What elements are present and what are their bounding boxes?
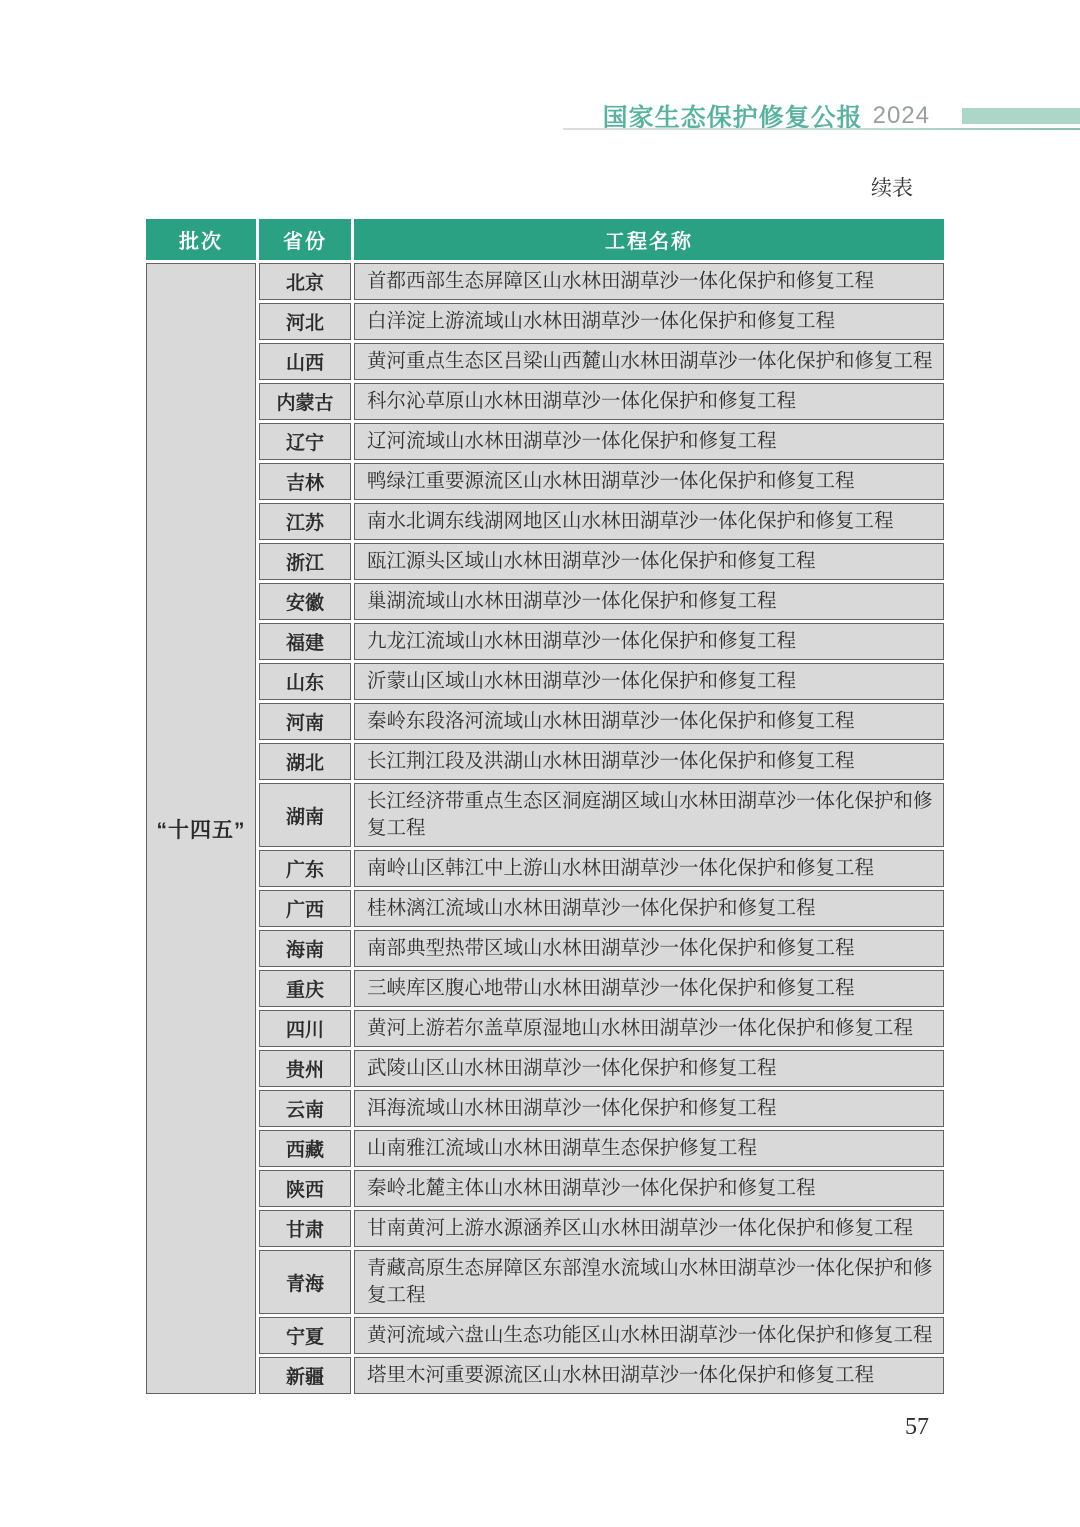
province-cell: 云南: [259, 1090, 351, 1127]
province-cell: 山西: [259, 343, 351, 380]
table-row: 重庆 三峡库区腹心地带山水林田湖草沙一体化保护和修复工程: [146, 970, 944, 1007]
table-row: 福建 九龙江流域山水林田湖草沙一体化保护和修复工程: [146, 623, 944, 660]
header-accent-bar: [962, 108, 1080, 124]
table-body: “十四五”北京 首都西部生态屏障区山水林田湖草沙一体化保护和修复工程 河北 白洋…: [146, 263, 944, 1394]
project-cell: 黄河重点生态区吕梁山西麓山水林田湖草沙一体化保护和修复工程: [354, 343, 944, 380]
table-row: 云南 洱海流域山水林田湖草沙一体化保护和修复工程: [146, 1090, 944, 1127]
province-cell: 广东: [259, 850, 351, 887]
province-cell: 广西: [259, 890, 351, 927]
project-cell: 秦岭东段洛河流域山水林田湖草沙一体化保护和修复工程: [354, 703, 944, 740]
page-header: 国家生态保护修复公报 2024: [0, 98, 1080, 132]
province-cell: 甘肃: [259, 1210, 351, 1247]
page-number: 57: [905, 1414, 929, 1441]
table-row: 四川 黄河上游若尔盖草原湿地山水林田湖草沙一体化保护和修复工程: [146, 1010, 944, 1047]
table-row: 贵州 武陵山区山水林田湖草沙一体化保护和修复工程: [146, 1050, 944, 1087]
province-cell: 河南: [259, 703, 351, 740]
table-row: 西藏 山南雅江流域山水林田湖草生态保护修复工程: [146, 1130, 944, 1167]
province-cell: 四川: [259, 1010, 351, 1047]
project-cell: 瓯江源头区域山水林田湖草沙一体化保护和修复工程: [354, 543, 944, 580]
province-cell: 青海: [259, 1250, 351, 1314]
table-row: 辽宁 辽河流域山水林田湖草沙一体化保护和修复工程: [146, 423, 944, 460]
province-cell: 安徽: [259, 583, 351, 620]
column-header-batch: 批次: [146, 219, 256, 260]
column-header-province: 省份: [259, 219, 351, 260]
table-row: “十四五”北京 首都西部生态屏障区山水林田湖草沙一体化保护和修复工程: [146, 263, 944, 300]
project-cell: 九龙江流域山水林田湖草沙一体化保护和修复工程: [354, 623, 944, 660]
project-cell: 长江荆江段及洪湖山水林田湖草沙一体化保护和修复工程: [354, 743, 944, 780]
province-cell: 山东: [259, 663, 351, 700]
table-row: 安徽 巢湖流域山水林田湖草沙一体化保护和修复工程: [146, 583, 944, 620]
project-cell: 三峡库区腹心地带山水林田湖草沙一体化保护和修复工程: [354, 970, 944, 1007]
province-cell: 陕西: [259, 1170, 351, 1207]
province-cell: 吉林: [259, 463, 351, 500]
project-cell: 山南雅江流域山水林田湖草生态保护修复工程: [354, 1130, 944, 1167]
province-cell: 河北: [259, 303, 351, 340]
province-cell: 宁夏: [259, 1317, 351, 1354]
project-cell: 桂林漓江流域山水林田湖草沙一体化保护和修复工程: [354, 890, 944, 927]
table-row: 湖北 长江荆江段及洪湖山水林田湖草沙一体化保护和修复工程: [146, 743, 944, 780]
column-header-project: 工程名称: [354, 219, 944, 260]
table-row: 内蒙古 科尔沁草原山水林田湖草沙一体化保护和修复工程: [146, 383, 944, 420]
project-cell: 塔里木河重要源流区山水林田湖草沙一体化保护和修复工程: [354, 1357, 944, 1394]
table-row: 河南 秦岭东段洛河流域山水林田湖草沙一体化保护和修复工程: [146, 703, 944, 740]
province-cell: 海南: [259, 930, 351, 967]
province-cell: 北京: [259, 263, 351, 300]
project-cell: 鸭绿江重要源流区山水林田湖草沙一体化保护和修复工程: [354, 463, 944, 500]
table-row: 山东 沂蒙山区域山水林田湖草沙一体化保护和修复工程: [146, 663, 944, 700]
province-cell: 贵州: [259, 1050, 351, 1087]
province-cell: 浙江: [259, 543, 351, 580]
project-cell: 科尔沁草原山水林田湖草沙一体化保护和修复工程: [354, 383, 944, 420]
project-cell: 甘南黄河上游水源涵养区山水林田湖草沙一体化保护和修复工程: [354, 1210, 944, 1247]
table-row: 宁夏 黄河流域六盘山生态功能区山水林田湖草沙一体化保护和修复工程: [146, 1317, 944, 1354]
province-cell: 辽宁: [259, 423, 351, 460]
project-cell: 南部典型热带区域山水林田湖草沙一体化保护和修复工程: [354, 930, 944, 967]
province-cell: 江苏: [259, 503, 351, 540]
project-cell: 南岭山区韩江中上游山水林田湖草沙一体化保护和修复工程: [354, 850, 944, 887]
table-row: 山西 黄河重点生态区吕梁山西麓山水林田湖草沙一体化保护和修复工程: [146, 343, 944, 380]
table-row: 新疆 塔里木河重要源流区山水林田湖草沙一体化保护和修复工程: [146, 1357, 944, 1394]
table-row: 广东 南岭山区韩江中上游山水林田湖草沙一体化保护和修复工程: [146, 850, 944, 887]
header-underline: [563, 128, 1080, 130]
table-row: 甘肃 甘南黄河上游水源涵养区山水林田湖草沙一体化保护和修复工程: [146, 1210, 944, 1247]
project-cell: 沂蒙山区域山水林田湖草沙一体化保护和修复工程: [354, 663, 944, 700]
table-header: 批次 省份 工程名称: [146, 219, 944, 260]
continued-table-label: 续表: [871, 172, 913, 202]
project-cell: 洱海流域山水林田湖草沙一体化保护和修复工程: [354, 1090, 944, 1127]
table-row: 河北 白洋淀上游流域山水林田湖草沙一体化保护和修复工程: [146, 303, 944, 340]
province-cell: 湖南: [259, 783, 351, 847]
batch-cell: “十四五”: [146, 263, 256, 1394]
table-row: 海南 南部典型热带区域山水林田湖草沙一体化保护和修复工程: [146, 930, 944, 967]
province-cell: 福建: [259, 623, 351, 660]
project-cell: 秦岭北麓主体山水林田湖草沙一体化保护和修复工程: [354, 1170, 944, 1207]
projects-table: 批次 省份 工程名称 “十四五”北京 首都西部生态屏障区山水林田湖草沙一体化保护…: [143, 216, 947, 1397]
province-cell: 重庆: [259, 970, 351, 1007]
report-year: 2024: [873, 102, 930, 130]
project-cell: 巢湖流域山水林田湖草沙一体化保护和修复工程: [354, 583, 944, 620]
project-cell: 辽河流域山水林田湖草沙一体化保护和修复工程: [354, 423, 944, 460]
province-cell: 湖北: [259, 743, 351, 780]
table-row: 陕西 秦岭北麓主体山水林田湖草沙一体化保护和修复工程: [146, 1170, 944, 1207]
project-cell: 黄河上游若尔盖草原湿地山水林田湖草沙一体化保护和修复工程: [354, 1010, 944, 1047]
project-cell: 黄河流域六盘山生态功能区山水林田湖草沙一体化保护和修复工程: [354, 1317, 944, 1354]
project-cell: 武陵山区山水林田湖草沙一体化保护和修复工程: [354, 1050, 944, 1087]
table-row: 广西 桂林漓江流域山水林田湖草沙一体化保护和修复工程: [146, 890, 944, 927]
province-cell: 内蒙古: [259, 383, 351, 420]
table-row: 江苏 南水北调东线湖网地区山水林田湖草沙一体化保护和修复工程: [146, 503, 944, 540]
project-cell: 首都西部生态屏障区山水林田湖草沙一体化保护和修复工程: [354, 263, 944, 300]
table-row: 浙江 瓯江源头区域山水林田湖草沙一体化保护和修复工程: [146, 543, 944, 580]
project-cell: 青藏高原生态屏障区东部湟水流域山水林田湖草沙一体化保护和修复工程: [354, 1250, 944, 1314]
province-cell: 新疆: [259, 1357, 351, 1394]
project-cell: 南水北调东线湖网地区山水林田湖草沙一体化保护和修复工程: [354, 503, 944, 540]
province-cell: 西藏: [259, 1130, 351, 1167]
project-cell: 白洋淀上游流域山水林田湖草沙一体化保护和修复工程: [354, 303, 944, 340]
table-row: 吉林 鸭绿江重要源流区山水林田湖草沙一体化保护和修复工程: [146, 463, 944, 500]
table-row: 湖南 长江经济带重点生态区洞庭湖区域山水林田湖草沙一体化保护和修复工程: [146, 783, 944, 847]
table-row: 青海 青藏高原生态屏障区东部湟水流域山水林田湖草沙一体化保护和修复工程: [146, 1250, 944, 1314]
project-cell: 长江经济带重点生态区洞庭湖区域山水林田湖草沙一体化保护和修复工程: [354, 783, 944, 847]
